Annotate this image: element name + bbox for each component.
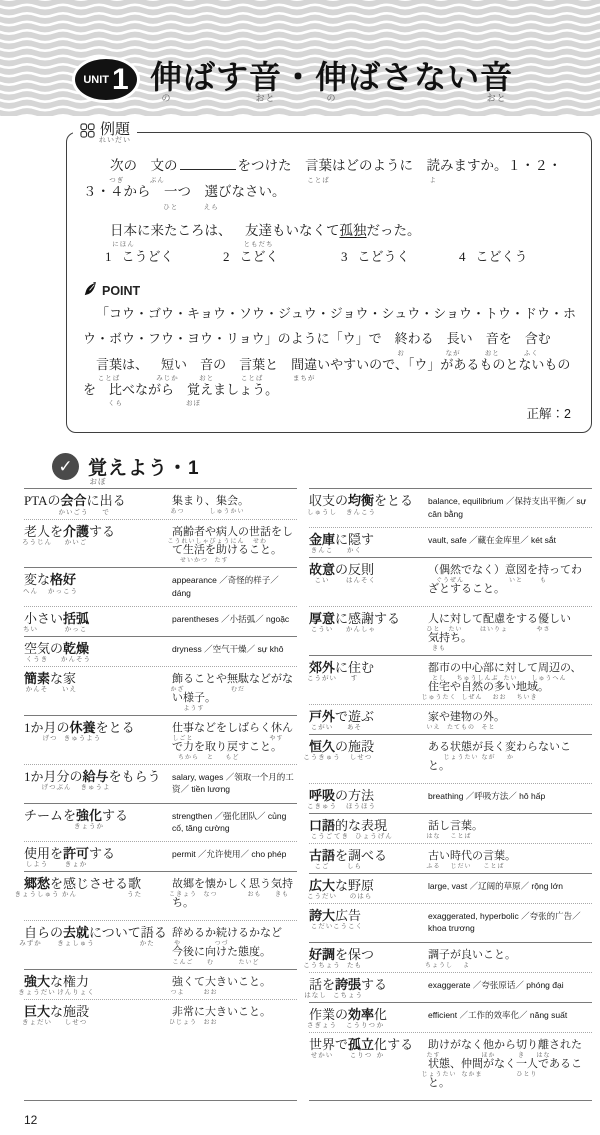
- vocab-pair: 広大こうだいな野原のはらlarge, vast ／辽阔的草原／ rộng lớn…: [309, 873, 592, 942]
- furigana: ちから: [178, 753, 199, 763]
- furigana: せかい: [311, 1051, 334, 1061]
- unit-badge: UNIT 1: [72, 56, 140, 103]
- vocab-word: 恒久こうきゅうの施設しせつ: [309, 737, 428, 757]
- furigana: こうがい: [307, 674, 337, 684]
- vocab-row: 作業さぎょうの効率こうりつ化かefficient ／工作的效率化／ năng s…: [309, 1003, 592, 1032]
- furigana: むだ: [231, 685, 245, 695]
- vocab-meaning: 高齢者こうれいしゃや病人びょうにんの世話せわをして生活せいかつを助たすけること。: [172, 522, 297, 561]
- furigana: へん: [23, 587, 38, 597]
- furigana: げつ: [43, 734, 58, 744]
- furigana: ちい: [23, 625, 38, 635]
- option-number: 4: [459, 247, 466, 268]
- vocab-meaning-translation: strengthen ／强化团队／ củng cố, tăng cường: [172, 806, 297, 835]
- vocab-pair: 変へんな格好かっこうappearance ／奇怪的样子／ dáng小ちいさい括弧…: [24, 567, 297, 636]
- vocab-meaning-translation: dryness ／空气干燥／ sự khô: [172, 639, 297, 655]
- furigana: こきょう: [169, 890, 197, 900]
- furigana: かっこ: [65, 625, 88, 635]
- vocab-word: 巨大きょだいな施設しせつ: [24, 1002, 172, 1022]
- unit-number: 1: [112, 65, 129, 95]
- furigana: きょしゅう: [57, 939, 95, 949]
- furigana: じだい: [450, 862, 471, 872]
- vocab-meaning-translation: large, vast ／辽阔的草原／ rộng lớn: [428, 876, 592, 892]
- vocab-row: 小ちいさい括弧かっこparentheses ／小括弧／ ngoặc: [24, 606, 297, 636]
- page-title: 伸のばす音おと・伸のばさない音おと: [150, 52, 513, 98]
- vocab-meaning: 人ひとに対たいして配慮はいりょをする優やさしい気持きもち。: [428, 609, 592, 648]
- furigana: おと: [256, 91, 276, 104]
- furigana: こきゅう: [307, 802, 337, 812]
- furigana: つよ: [170, 988, 184, 998]
- answer-options: 1こうどく2こどく3こどうく4こどくう: [83, 247, 577, 268]
- grid-flower-icon: [80, 121, 95, 138]
- furigana: ろうじん: [22, 538, 52, 548]
- furigana: かんしゃ: [346, 625, 376, 635]
- furigana: びょうにん: [209, 537, 244, 547]
- vocab-meaning: 調子ちょうしが良よいこと。: [428, 945, 592, 965]
- furigana: やす: [269, 734, 283, 744]
- vocab-meaning: 辞やめるか続つづけるかなど今後こんごに向むけた態度たいど。: [172, 923, 297, 962]
- furigana: よ: [463, 961, 470, 971]
- furigana: れいだい: [99, 137, 131, 145]
- furigana: しゅうかい: [209, 507, 244, 517]
- furigana: ぐうぜん: [436, 576, 464, 586]
- vocab-pair: 強大きょうだいな権力けんりょく強つよくて大おおきいこと。巨大きょだいな施設しせつ…: [24, 969, 297, 1029]
- vocab-meaning: 家いえや建物たてものの外そと。: [428, 707, 592, 727]
- furigana: ひじょう: [169, 1018, 197, 1028]
- vocab-word: 空気くうきの乾燥かんそう: [24, 639, 172, 659]
- vocab-row: 簡素かんそな家いえ飾かざることや無駄むだなどがない様子ようす。: [24, 666, 297, 715]
- furigana: す: [351, 674, 359, 684]
- vocab-word: 古語こごを調しらべる: [309, 846, 428, 866]
- furigana: しゅうし: [307, 508, 337, 518]
- furigana: しよう: [26, 860, 49, 870]
- furigana: む: [207, 958, 214, 968]
- furigana: まちが: [280, 373, 316, 386]
- vocab-meaning: （偶然ぐうぜんでなく）意図いとを持もってわざとすること。: [428, 560, 592, 599]
- vocab-meaning-translation: parentheses ／小括弧／ ngoặc: [172, 609, 297, 625]
- vocab-meaning-translation: breathing ／呼吸方法／ hô hấp: [428, 786, 592, 802]
- furigana: と: [207, 753, 214, 763]
- vocab-pair: 収支しゅうしの均衡きんこうをとるbalance, equilibrium ／保持…: [309, 488, 592, 557]
- vocab-row: 世界せかいで孤立こりつ化かする助たすけがなく他ほかから切きり離はなされた状態じょ…: [309, 1032, 592, 1100]
- vocab-meaning: 飾かざることや無駄むだなどがない様子ようす。: [172, 669, 297, 708]
- furigana: かく: [347, 546, 362, 556]
- vocab-meaning: 故郷こきょうを懐なつかしく思おもう気持きもち。: [172, 874, 297, 913]
- furigana: けんりょく: [57, 988, 95, 998]
- furigana: こうりつ: [346, 1021, 376, 1031]
- vocab-meaning-translation: salary, wages ／领取一个月的工资／ tiền lương: [172, 767, 297, 796]
- furigana: あそ: [347, 723, 362, 733]
- vocab-pair: チームを強化きょうかするstrengthen ／强化团队／ củng cố, t…: [24, 803, 297, 872]
- furigana: ほうほう: [346, 802, 376, 812]
- vocab-meaning-translation: appearance ／奇怪的样子／ dáng: [172, 570, 297, 599]
- vocab-meaning-translation: permit ／允许使用／ cho phép: [172, 844, 297, 860]
- vocab-meaning: 助たすけがなく他ほかから切きり離はなされた状態じょうたい、仲間なかまがなく一人ひ…: [428, 1035, 592, 1093]
- vocab-word: 変へんな格好かっこう: [24, 570, 172, 590]
- furigana: なが: [481, 753, 495, 763]
- furigana: にほん: [99, 239, 135, 251]
- furigana: きんこ: [311, 546, 334, 556]
- vocabulary-table: PTAの会合かいごうに出でる集あつまり、集会しゅうかい。老人ろうじんを介護かいご…: [24, 488, 592, 1100]
- furigana: こうこく: [333, 922, 363, 932]
- furigana: きょだい: [22, 1018, 52, 1028]
- furigana: ようす: [183, 704, 204, 714]
- vocab-pair: 恒久こうきゅうの施設しせつある状態じょうたいが長ながく変かわらないこと。呼吸こき…: [309, 734, 592, 813]
- furigana: かっこう: [48, 587, 78, 597]
- vocab-row: 呼吸こきゅうの方法ほうほうbreathing ／呼吸方法／ hô hấp: [309, 783, 592, 813]
- vocab-row: 1か月げつの休養きゅうようをとる仕事しごとなどをしばらく休やすんで力ちからを取と…: [24, 716, 297, 764]
- vocab-row: 戸外こがいで遊あそぶ家いえや建物たてものの外そと。: [309, 704, 592, 734]
- vocab-word: 話はなしを誇張こちょうする: [309, 975, 428, 995]
- vocab-word: 小ちいさい括弧かっこ: [24, 609, 172, 629]
- furigana: えら: [190, 202, 219, 215]
- furigana: おお: [203, 1018, 217, 1028]
- furigana: おお: [203, 988, 217, 998]
- furigana: あつ: [170, 507, 184, 517]
- vocab-word: 郷愁きょうしゅうを感かんじさせる歌うた: [24, 874, 172, 894]
- furigana: かん: [62, 890, 77, 900]
- furigana: てき: [334, 832, 349, 842]
- furigana: ふる: [426, 862, 440, 872]
- question-text: 次つぎの文ぶんのをつけた言葉ことばはどのように読よみますか。１・２・３・４から一…: [83, 153, 577, 206]
- point-header: POINT: [83, 282, 577, 299]
- vocab-meaning: 集あつまり、集会しゅうかい。: [172, 491, 297, 511]
- blank-underline: [180, 158, 236, 170]
- vocab-meaning: 話はなし言葉ことば。: [428, 816, 592, 836]
- vocab-pair: 郷愁きょうしゅうを感かんじさせる歌うた故郷こきょうを懐なつかしく思おもう気持きも…: [24, 871, 297, 969]
- furigana: しら: [347, 862, 362, 872]
- vocab-pair: 好調こうちょうを保たもつ調子ちょうしが良よいこと。話はなしを誇張こちょうするex…: [309, 942, 592, 1002]
- furigana: かた: [140, 939, 155, 949]
- answer-option: 4こどくう: [459, 247, 577, 268]
- vocab-row: チームを強化きょうかするstrengthen ／强化团队／ củng cố, t…: [24, 804, 297, 842]
- furigana: つぎ: [96, 175, 125, 188]
- vocab-row: 好調こうちょうを保たもつ調子ちょうしが良よいこと。: [309, 943, 592, 972]
- answer-option: 3こどうく: [341, 247, 459, 268]
- vocab-meaning: 強つよくて大おおきいこと。: [172, 972, 297, 992]
- furigana: ともだち: [230, 239, 274, 251]
- furigana: もど: [225, 753, 239, 763]
- page-number: 12: [24, 1113, 600, 1127]
- furigana: おと: [487, 91, 507, 104]
- furigana: ひと: [150, 202, 179, 215]
- vocab-word: 自みずからの去就きょしゅうについて語かたる: [24, 923, 172, 943]
- vocab-word: 作業さぎょうの効率こうりつ化か: [309, 1005, 428, 1025]
- point-section: POINT 「コウ・ゴウ・キョウ・ソウ・ジュウ・ジョウ・シュウ・ショウ・トウ・ド…: [83, 282, 577, 402]
- furigana: はな: [426, 832, 440, 842]
- furigana: おぼ: [173, 398, 201, 411]
- example-problem-label-text: 例題れいだい: [100, 121, 130, 139]
- vocab-word: 故意こいの反則はんそく: [309, 560, 428, 580]
- furigana: きゅうよ: [81, 783, 111, 793]
- memorize-heading-text: 覚おぼえよう・1: [88, 453, 200, 480]
- vocab-word: 好調こうちょうを保たもつ: [309, 945, 428, 965]
- furigana: こうちょう: [303, 961, 341, 971]
- vocab-row: 1か月分げつぶんの給与きゅうよをもらうsalary, wages ／领取一个月的…: [24, 764, 297, 803]
- point-text: 「コウ・ゴウ・キョウ・ソウ・ジュウ・ジョウ・シュウ・ショウ・トウ・ドウ・ホウ・ボ…: [83, 301, 577, 402]
- vocab-row: 収支しゅうしの均衡きんこうをとるbalance, equilibrium ／保持…: [309, 489, 592, 527]
- furigana: きょうか: [74, 822, 104, 832]
- vocab-meaning: 古ふるい時代じだいの言葉ことば。: [428, 846, 592, 866]
- vocab-word: 収支しゅうしの均衡きんこうをとる: [309, 491, 428, 511]
- vocab-meaning-translation: exaggerate ／夸张原话／ phóng đại: [428, 975, 592, 991]
- furigana: うた: [127, 890, 142, 900]
- vocab-meaning: 仕事しごとなどをしばらく休やすんで力ちからを取とり戻もどすこと。: [172, 718, 297, 757]
- vocab-word: 使用しようを許可きょかする: [24, 844, 172, 864]
- furigana: たす: [214, 556, 228, 566]
- furigana: はいりょ: [480, 625, 508, 635]
- furigana: じょうたい: [443, 753, 478, 763]
- vocab-word: 誇大こだい広告こうこく: [309, 906, 428, 926]
- furigana: せいかつ: [180, 556, 208, 566]
- furigana: しせつ: [65, 1018, 88, 1028]
- furigana: くうき: [26, 655, 49, 665]
- vocab-word: チームを強化きょうかする: [24, 806, 172, 826]
- vocab-row: 自みずからの去就きょしゅうについて語かたる辞やめるか続つづけるかなど今後こんごに…: [24, 920, 297, 969]
- unit-header: UNIT 1 伸のばす音おと・伸のばさない音おと: [0, 0, 600, 116]
- furigana: しぜん: [461, 693, 482, 703]
- example-sentence: 日本にほんに来たころは、友達ともだちもいなくて孤独だった。: [83, 218, 577, 244]
- furigana: きんこう: [346, 508, 376, 518]
- furigana: こい: [315, 576, 330, 586]
- furigana: かんそう: [61, 655, 91, 665]
- vocab-meaning-translation: efficient ／工作的效率化／ năng suất: [428, 1005, 592, 1021]
- furigana: いえ: [62, 685, 77, 695]
- vocab-word: 呼吸こきゅうの方法ほうほう: [309, 786, 428, 806]
- vocab-pair: 作業さぎょうの効率こうりつ化かefficient ／工作的效率化／ năng s…: [309, 1002, 592, 1100]
- furigana: ことば: [228, 373, 264, 386]
- pen-icon: [83, 282, 97, 299]
- vocab-meaning: ある状態じょうたいが長ながく変かわらないこと。: [428, 737, 592, 776]
- vocab-word: 強大きょうだいな権力けんりょく: [24, 972, 172, 992]
- furigana: か: [507, 753, 514, 763]
- vocab-row: 広大こうだいな野原のはらlarge, vast ／辽阔的草原／ rộng lớn: [309, 874, 592, 903]
- check-icon: ✓: [52, 453, 79, 480]
- furigana: なつ: [203, 890, 217, 900]
- example-problem-label: 例題れいだい: [73, 121, 137, 139]
- vocab-pair: 郊外こうがいに住すむ都市としの中心部ちゅうしんぶに対たいして周辺しゅうへんの、住…: [309, 655, 592, 734]
- furigana: ひとり: [516, 1070, 537, 1080]
- furigana: こちょう: [333, 991, 363, 1001]
- furigana: きも: [432, 644, 446, 654]
- vocab-word: 老人ろうじんを介護かいごする: [24, 522, 172, 542]
- furigana: くら: [95, 398, 123, 411]
- vocab-meaning: 都市としの中心部ちゅうしんぶに対たいして周辺しゅうへんの、住宅じゅうたくや自然し…: [428, 658, 592, 697]
- furigana: こうい: [311, 625, 334, 635]
- vocab-word: 1か月げつの休養きゅうようをとる: [24, 718, 172, 738]
- vocab-meaning-translation: balance, equilibrium ／保持支出平衡／ sự cân bằn…: [428, 491, 592, 520]
- vocab-row: 巨大きょだいな施設しせつ非常ひじょうに大おおきいこと。: [24, 999, 297, 1029]
- furigana: も: [540, 576, 547, 586]
- vocab-meaning-translation: vault, safe ／藏在金库里／ két sắt: [428, 530, 592, 546]
- vocab-row: 口語こうご的てきな表現ひょうげん話はなし言葉ことば。: [309, 814, 592, 843]
- vocab-word: 郊外こうがいに住すむ: [309, 658, 428, 678]
- vocab-row: 金庫きんこに隠かくすvault, safe ／藏在金库里／ két sắt: [309, 527, 592, 557]
- option-number: 2: [223, 247, 230, 268]
- vocab-row: 老人ろうじんを介護かいごする高齢者こうれいしゃや病人びょうにんの世話せわをして生…: [24, 519, 297, 568]
- furigana: きょうしゅう: [15, 890, 60, 900]
- furigana: じょうたい: [421, 1070, 456, 1080]
- furigana: こだい: [311, 922, 334, 932]
- furigana: なが: [433, 348, 461, 361]
- option-reading: こどうく: [358, 247, 410, 268]
- furigana: こご: [315, 862, 330, 872]
- furigana: こんご: [172, 958, 193, 968]
- furigana: はなし: [304, 991, 327, 1001]
- option-reading: こどくう: [476, 247, 528, 268]
- furigana: みずか: [19, 939, 42, 949]
- vocab-row: 変へんな格好かっこうappearance ／奇怪的样子／ dáng: [24, 568, 297, 606]
- furigana: こがい: [311, 723, 334, 733]
- furigana: げつぶん: [42, 783, 72, 793]
- furigana: こうご: [311, 832, 334, 842]
- vocab-pair: 空気くうきの乾燥かんそうdryness ／空气干燥／ sự khô簡素かんそな家…: [24, 636, 297, 715]
- furigana: せわ: [253, 537, 267, 547]
- vocab-word: 世界せかいで孤立こりつ化かする: [309, 1035, 428, 1055]
- example-problem-box: 例題れいだい 次つぎの文ぶんのをつけた言葉ことばはどのように読よみますか。１・２…: [66, 132, 592, 433]
- furigana: ひょうげん: [355, 832, 393, 842]
- furigana: こうだい: [307, 892, 337, 902]
- furigana: きょか: [65, 860, 88, 870]
- furigana: そと: [481, 723, 495, 733]
- furigana: いえ: [426, 723, 440, 733]
- vocab-word: 1か月分げつぶんの給与きゅうよをもらう: [24, 767, 172, 787]
- vocab-word: 簡素かんそな家いえ: [24, 669, 172, 689]
- vocab-row: 恒久こうきゅうの施設しせつある状態じょうたいが長ながく変かわらないこと。: [309, 735, 592, 783]
- furigana: かいごう: [59, 508, 89, 518]
- furigana: おも: [247, 890, 261, 900]
- vocab-row: 空気くうきの乾燥かんそうdryness ／空气干燥／ sự khô: [24, 637, 297, 666]
- furigana: の: [327, 91, 337, 104]
- vocab-row: 話はなしを誇張こちょうするexaggerate ／夸张原话／ phóng đại: [309, 972, 592, 1002]
- furigana: たい: [448, 625, 462, 635]
- vocab-row: 使用しようを許可きょかするpermit ／允许使用／ cho phép: [24, 841, 297, 871]
- furigana: か: [377, 1051, 385, 1061]
- furigana: ちょうし: [425, 961, 453, 971]
- furigana: ことば: [294, 175, 330, 188]
- furigana: たも: [347, 961, 362, 971]
- furigana: ちいき: [516, 693, 537, 703]
- vocab-word: 厚意こういに感謝かんしゃする: [309, 609, 428, 629]
- furigana: のはら: [350, 892, 373, 902]
- vocab-column-right: 収支しゅうしの均衡きんこうをとるbalance, equilibrium ／保持…: [309, 488, 592, 1100]
- vocab-pair: 故意こいの反則はんそく（偶然ぐうぜんでなく）意図いとを持もってわざとすること。厚…: [309, 557, 592, 655]
- vocab-row: 郊外こうがいに住すむ都市としの中心部ちゅうしんぶに対たいして周辺しゅうへんの、住…: [309, 656, 592, 704]
- furigana: おお: [492, 693, 506, 703]
- furigana: ことば: [450, 832, 471, 842]
- memorize-heading: ✓ 覚おぼえよう・1: [52, 453, 600, 480]
- vocab-pair: 口語こうご的てきな表現ひょうげん話はなし言葉ことば。古語こごを調しらべる古ふるい…: [309, 813, 592, 873]
- option-number: 3: [341, 247, 348, 268]
- furigana: しせつ: [350, 753, 373, 763]
- point-label: POINT: [102, 284, 140, 298]
- furigana: じゅうたく: [421, 693, 456, 703]
- furigana: か: [377, 1021, 385, 1031]
- vocab-meaning-translation: exaggerated, hyperbolic ／夸张的广告／ khoa trư…: [428, 906, 592, 935]
- vocab-word: 金庫きんこに隠かくす: [309, 530, 428, 550]
- furigana: ほか: [481, 1051, 495, 1061]
- furigana: こうきゅう: [303, 753, 341, 763]
- furigana: ことば: [483, 862, 504, 872]
- vocab-row: PTAの会合かいごうに出でる集あつまり、集会しゅうかい。: [24, 489, 297, 518]
- vocab-row: 故意こいの反則はんそく（偶然ぐうぜんでなく）意図いとを持もってわざとすること。: [309, 558, 592, 606]
- vocab-row: 郷愁きょうしゅうを感かんじさせる歌うた故郷こきょうを懐なつかしく思おもう気持きも…: [24, 872, 297, 920]
- furigana: たいど: [238, 958, 259, 968]
- vocab-pair: 1か月げつの休養きゅうようをとる仕事しごとなどをしばらく休やすんで力ちからを取と…: [24, 715, 297, 802]
- vocab-word: 戸外こがいで遊あそぶ: [309, 707, 428, 727]
- furigana: ふく: [511, 348, 539, 361]
- furigana: おと: [472, 348, 500, 361]
- vocab-word: 口語こうご的てきな表現ひょうげん: [309, 816, 428, 836]
- furigana: なかま: [461, 1070, 482, 1080]
- correct-answer: 正解：2: [83, 402, 577, 424]
- vocab-row: 古語こごを調しらべる古ふるい時代じだいの言葉ことば。: [309, 843, 592, 873]
- furigana: つづ: [214, 939, 228, 949]
- furigana: かんそ: [26, 685, 49, 695]
- vocab-row: 厚意こういに感謝かんしゃする人ひとに対たいして配慮はいりょをする優やさしい気持き…: [309, 606, 592, 655]
- furigana: おぼ: [90, 476, 107, 487]
- furigana: お: [384, 348, 405, 361]
- furigana: いと: [509, 576, 523, 586]
- vocab-column-left: PTAの会合かいごうに出でる集あつまり、集会しゅうかい。老人ろうじんを介護かいご…: [24, 488, 297, 1100]
- furigana: かいご: [65, 538, 88, 548]
- furigana: さぎょう: [307, 1021, 337, 1031]
- furigana: きも: [275, 890, 289, 900]
- vocab-meaning: 非常ひじょうに大おおきいこと。: [172, 1002, 297, 1022]
- vocab-word: 広大こうだいな野原のはら: [309, 876, 428, 896]
- furigana: の: [161, 91, 171, 104]
- furigana: きゅうよう: [64, 734, 102, 744]
- furigana: はな: [536, 1051, 550, 1061]
- furigana: で: [102, 508, 110, 518]
- furigana: よ: [416, 175, 437, 188]
- unit-label: UNIT: [83, 74, 109, 86]
- furigana: きょうだい: [18, 988, 56, 998]
- vocab-pair: PTAの会合かいごうに出でる集あつまり、集会しゅうかい。老人ろうじんを介護かいご…: [24, 488, 297, 567]
- vocab-word: PTAの会合かいごうに出でる: [24, 491, 172, 511]
- vocab-row: 強大きょうだいな権力けんりょく強つよくて大おおきいこと。: [24, 970, 297, 999]
- furigana: はんそく: [346, 576, 376, 586]
- furigana: たてもの: [447, 723, 475, 733]
- furigana: やさ: [536, 625, 550, 635]
- furigana: こりつ: [350, 1051, 373, 1061]
- vocab-row: 誇大こだい広告こうこくexaggerated, hyperbolic ／夸张的广…: [309, 903, 592, 942]
- textbook-page: UNIT 1 伸のばす音おと・伸のばさない音おと 例題れいだい 次つぎの文ぶんの…: [0, 0, 600, 1135]
